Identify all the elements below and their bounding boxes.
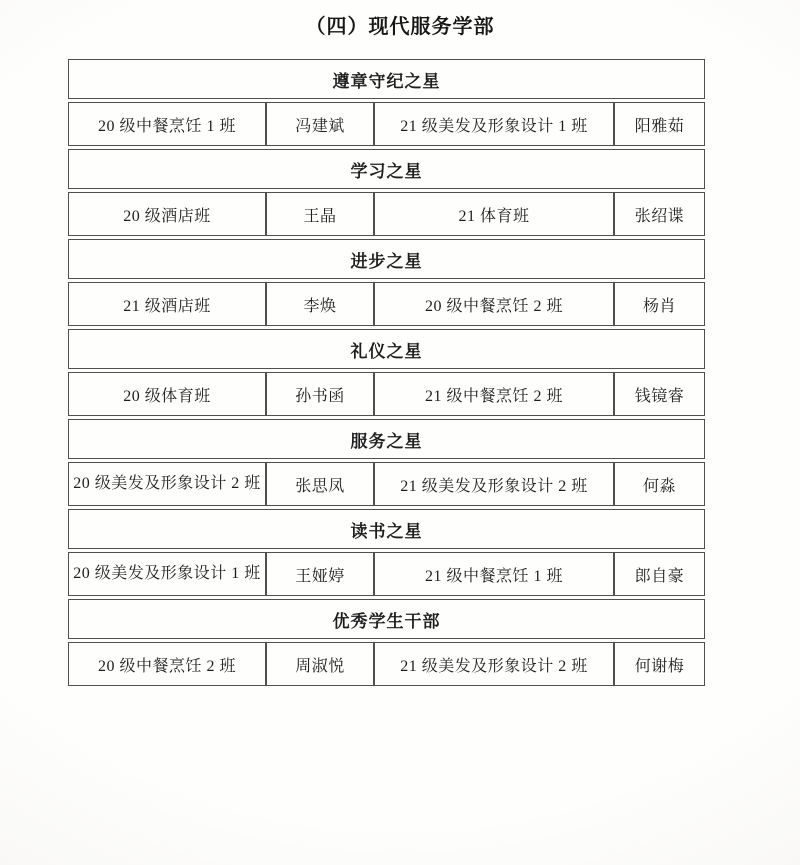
class-cell: 21 级酒店班	[68, 282, 266, 326]
class-cell: 20 级美发及形象设计 1 班	[68, 552, 266, 596]
category-header: 进步之星	[68, 239, 705, 279]
category-row: 服务之星	[68, 419, 705, 459]
category-header: 服务之星	[68, 419, 705, 459]
student-name-cell: 阳雅茹	[614, 102, 705, 146]
class-cell: 21 级中餐烹饪 2 班	[374, 372, 614, 416]
student-name-cell: 孙书函	[266, 372, 374, 416]
page-title: （四）现代服务学部	[0, 0, 800, 39]
category-row: 优秀学生干部	[68, 599, 705, 639]
student-name-cell: 冯建斌	[266, 102, 374, 146]
awards-table: 遵章守纪之星 20 级中餐烹饪 1 班 冯建斌 21 级美发及形象设计 1 班 …	[68, 56, 705, 689]
category-row: 读书之星	[68, 509, 705, 549]
category-row: 进步之星	[68, 239, 705, 279]
class-cell: 21 体育班	[374, 192, 614, 236]
category-header: 读书之星	[68, 509, 705, 549]
category-header: 遵章守纪之星	[68, 59, 705, 99]
class-cell: 21 级中餐烹饪 1 班	[374, 552, 614, 596]
category-header: 学习之星	[68, 149, 705, 189]
table-row: 20 级美发及形象设计 1 班 王娅婷 21 级中餐烹饪 1 班 郎自豪	[68, 552, 705, 596]
student-name-cell: 王晶	[266, 192, 374, 236]
table-row: 20 级酒店班 王晶 21 体育班 张绍谍	[68, 192, 705, 236]
student-name-cell: 杨肖	[614, 282, 705, 326]
category-header: 礼仪之星	[68, 329, 705, 369]
table-row: 21 级酒店班 李焕 20 级中餐烹饪 2 班 杨肖	[68, 282, 705, 326]
student-name-cell: 李焕	[266, 282, 374, 326]
student-name-cell: 钱镜睿	[614, 372, 705, 416]
class-cell: 20 级中餐烹饪 2 班	[68, 642, 266, 686]
student-name-cell: 郎自豪	[614, 552, 705, 596]
student-name-cell: 何淼	[614, 462, 705, 506]
class-cell: 20 级酒店班	[68, 192, 266, 236]
category-row: 遵章守纪之星	[68, 59, 705, 99]
table-row: 20 级中餐烹饪 2 班 周淑悦 21 级美发及形象设计 2 班 何谢梅	[68, 642, 705, 686]
student-name-cell: 何谢梅	[614, 642, 705, 686]
class-cell: 20 级中餐烹饪 1 班	[68, 102, 266, 146]
class-cell: 20 级中餐烹饪 2 班	[374, 282, 614, 326]
category-header: 优秀学生干部	[68, 599, 705, 639]
category-row: 学习之星	[68, 149, 705, 189]
student-name-cell: 周淑悦	[266, 642, 374, 686]
document-page: （四）现代服务学部 遵章守纪之星 20 级中餐烹饪 1 班 冯建斌 21 级美发…	[0, 0, 800, 865]
class-cell: 20 级体育班	[68, 372, 266, 416]
table-row: 20 级中餐烹饪 1 班 冯建斌 21 级美发及形象设计 1 班 阳雅茹	[68, 102, 705, 146]
student-name-cell: 张思凤	[266, 462, 374, 506]
class-cell: 21 级美发及形象设计 2 班	[374, 642, 614, 686]
student-name-cell: 张绍谍	[614, 192, 705, 236]
class-cell: 20 级美发及形象设计 2 班	[68, 462, 266, 506]
category-row: 礼仪之星	[68, 329, 705, 369]
table-row: 20 级体育班 孙书函 21 级中餐烹饪 2 班 钱镜睿	[68, 372, 705, 416]
student-name-cell: 王娅婷	[266, 552, 374, 596]
class-cell: 21 级美发及形象设计 2 班	[374, 462, 614, 506]
table-row: 20 级美发及形象设计 2 班 张思凤 21 级美发及形象设计 2 班 何淼	[68, 462, 705, 506]
class-cell: 21 级美发及形象设计 1 班	[374, 102, 614, 146]
